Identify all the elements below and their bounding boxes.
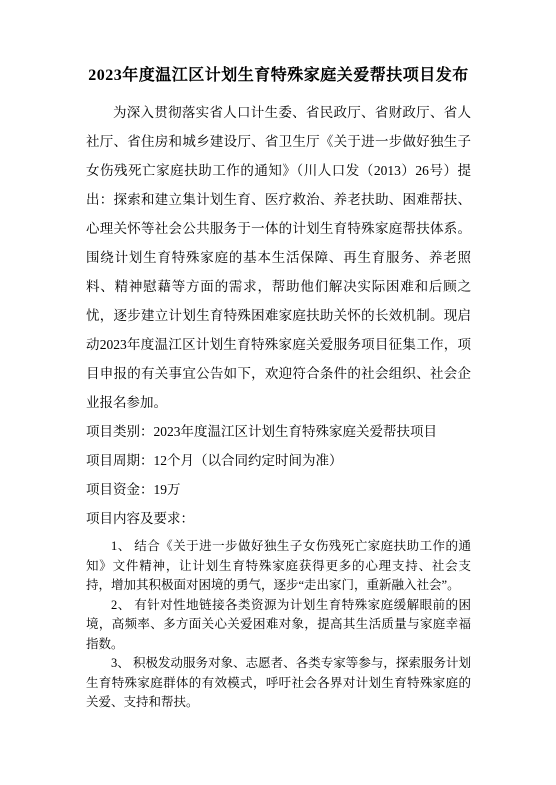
- requirement-item-2: 2、 有针对性地链接各类资源为计划生育特殊家庭缓解眼前的困境，高频率、多方面关心…: [86, 596, 471, 655]
- intro-paragraph: 为深入贯彻落实省人口计生委、省民政厅、省财政厅、省人社厅、省住房和城乡建设厅、省…: [86, 98, 471, 417]
- meta-line-project-funding: 项目资金：19万: [86, 475, 471, 504]
- meta-line-content-requirements-heading: 项目内容及要求：: [86, 504, 471, 533]
- meta-line-project-period: 项目周期：12个月（以合同约定时间为准）: [86, 446, 471, 475]
- requirement-item-1: 1、 结合《关于进一步做好独生子女伤残死亡家庭扶助工作的通知》文件精神，让计划生…: [86, 537, 471, 596]
- requirement-item-3: 3、 积极发动服务对象、志愿者、各类专家等参与，探索服务计划生育特殊家庭群体的有…: [86, 654, 471, 713]
- meta-line-project-category: 项目类别：2023年度温江区计划生育特殊家庭关爱帮扶项目: [86, 417, 471, 446]
- document-page: 2023年度温江区计划生育特殊家庭关爱帮扶项目发布 为深入贯彻落实省人口计生委、…: [0, 0, 556, 785]
- document-title: 2023年度温江区计划生育特殊家庭关爱帮扶项目发布: [66, 64, 491, 88]
